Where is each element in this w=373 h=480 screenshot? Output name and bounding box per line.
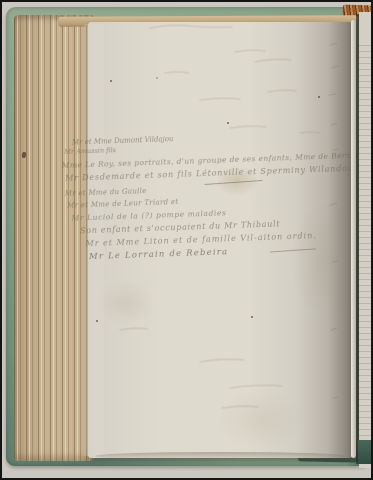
trailing-dash	[270, 248, 316, 252]
handwriting-block: Mr et Mme Dumont Vildajou Mr Amussin fil…	[0, 0, 373, 480]
page-bottom-shadow	[95, 452, 347, 460]
photo-frame: Mr et Mme Dumont Vildajou Mr Amussin fil…	[0, 0, 373, 480]
handwriting-line: Mr et Mme de Leur Triard et	[67, 198, 179, 210]
handwriting-line: Mr et Mme Dumont Vildajou	[72, 135, 174, 147]
handwriting-line: Mr et Mme du Gaulle	[65, 187, 147, 198]
handwriting-line: Mr Le Lorrain de Rebeira	[89, 247, 229, 262]
facing-page-ruled-lines	[359, 40, 371, 440]
handwriting-line: Mr Luciol de la (?) pompe maladies	[71, 208, 226, 222]
handwriting-line: Mr Amussin fils	[64, 146, 116, 156]
underline-mark	[205, 180, 263, 185]
facing-page-cover-corner	[358, 440, 371, 464]
